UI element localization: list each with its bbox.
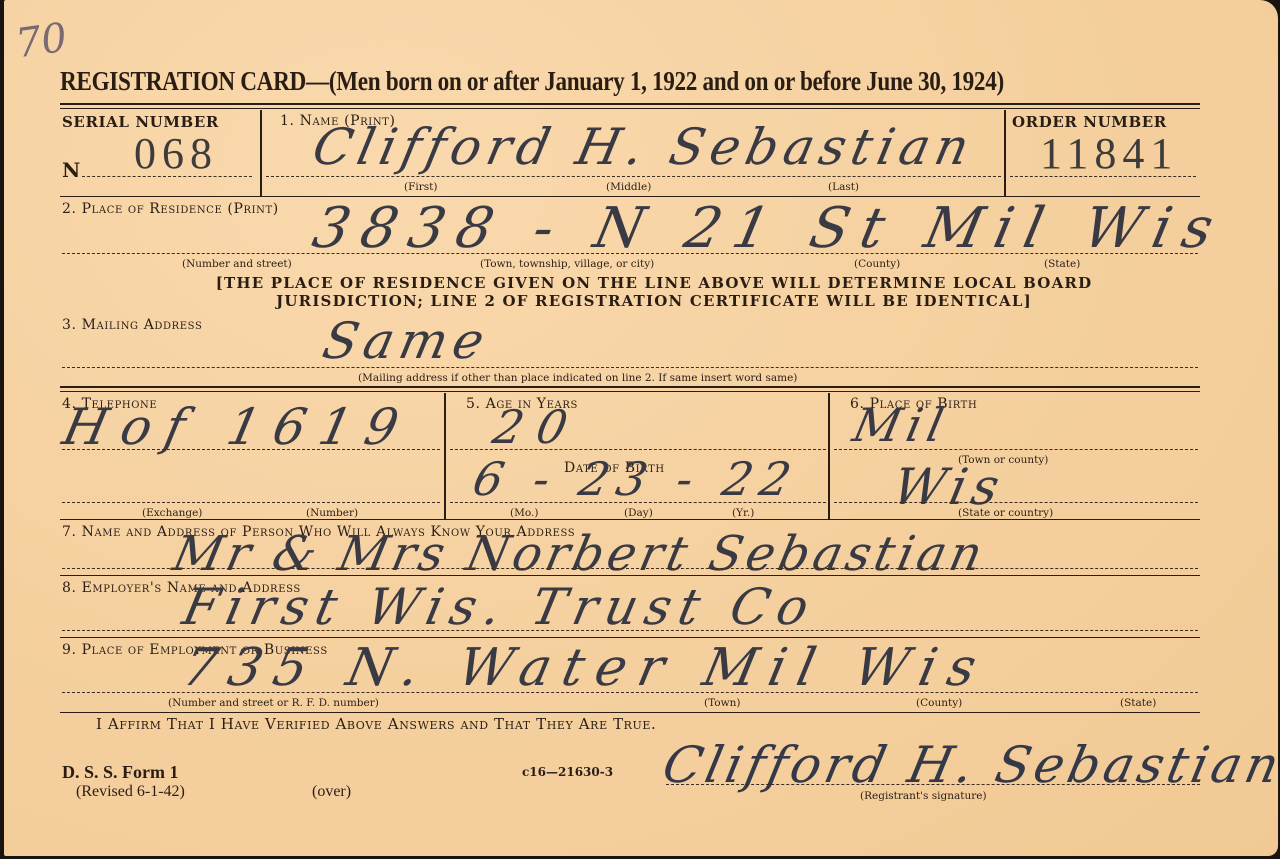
residence-caption-town: (Town, township, village, or city) (480, 258, 654, 270)
form-number: D. S. S. Form 1 (62, 762, 179, 783)
employer-value: First Wis. Trust Co (178, 578, 822, 636)
over-note: (over) (312, 783, 351, 801)
signature-caption: (Registrant's signature) (860, 790, 987, 802)
jurisdiction-notice-line-1: [THE PLACE OF RESIDENCE GIVEN ON THE LIN… (124, 274, 1184, 292)
mailing-address-value: Same (318, 312, 495, 370)
dob-caption-day: (Day) (624, 507, 653, 519)
age-value: 20 (488, 400, 586, 454)
print-code: c16—21630-3 (522, 765, 613, 779)
telephone-value: Hof 1619 (58, 398, 418, 456)
name-caption-middle: (Middle) (606, 181, 651, 193)
dob-caption-year: (Yr.) (732, 507, 754, 519)
contact-person-value: Mr & Mrs Norbert Sebastian (168, 526, 991, 582)
employment-caption-state: (State) (1120, 697, 1156, 709)
employment-value: 735 N. Water Mil Wis (178, 638, 994, 698)
name-caption-first: (First) (404, 181, 437, 193)
employment-caption-street: (Number and street or R. F. D. number) (168, 697, 379, 709)
residence-caption-state: (State) (1044, 258, 1080, 270)
telephone-caption-number: (Number) (306, 507, 358, 519)
jurisdiction-notice-line-2: JURISDICTION; LINE 2 OF REGISTRATION CER… (124, 292, 1184, 310)
form-revision: (Revised 6-1-42) (76, 783, 185, 801)
serial-number-value: 068 (134, 128, 218, 179)
dob-caption-month: (Mo.) (510, 507, 538, 519)
birthplace-caption-state: (State or country) (958, 507, 1053, 519)
name-value: Clifford H. Sebastian (308, 118, 980, 176)
serial-prefix: N (62, 158, 81, 182)
margin-note: 70 (13, 15, 70, 68)
mailing-address-caption: (Mailing address if other than place ind… (358, 372, 797, 384)
registrant-signature: Clifford H. Sebastian (658, 736, 1280, 794)
affirmation-text: I Affirm That I Have Verified Above Answ… (96, 715, 656, 733)
registration-card: 70 REGISTRATION CARD—(Men born on or aft… (4, 0, 1278, 856)
card-title: REGISTRATION CARD—(Men born on or after … (60, 66, 1004, 97)
order-number-value: 11841 (1040, 128, 1178, 179)
dob-value: 6 - 23 - 22 (468, 452, 803, 506)
residence-label: 2. Place of Residence (Print) (62, 201, 279, 217)
employment-caption-county: (County) (916, 697, 962, 709)
residence-caption-county: (County) (854, 258, 900, 270)
residence-value: 3838 - N 21 St Mil Wis (307, 196, 1231, 261)
telephone-caption-exchange: (Exchange) (142, 507, 202, 519)
residence-caption-street: (Number and street) (182, 258, 292, 270)
birthplace-town-value: Mil (848, 398, 954, 452)
employment-caption-town: (Town) (704, 697, 740, 709)
name-caption-last: (Last) (828, 181, 859, 193)
mailing-address-label: 3. Mailing Address (62, 317, 202, 333)
